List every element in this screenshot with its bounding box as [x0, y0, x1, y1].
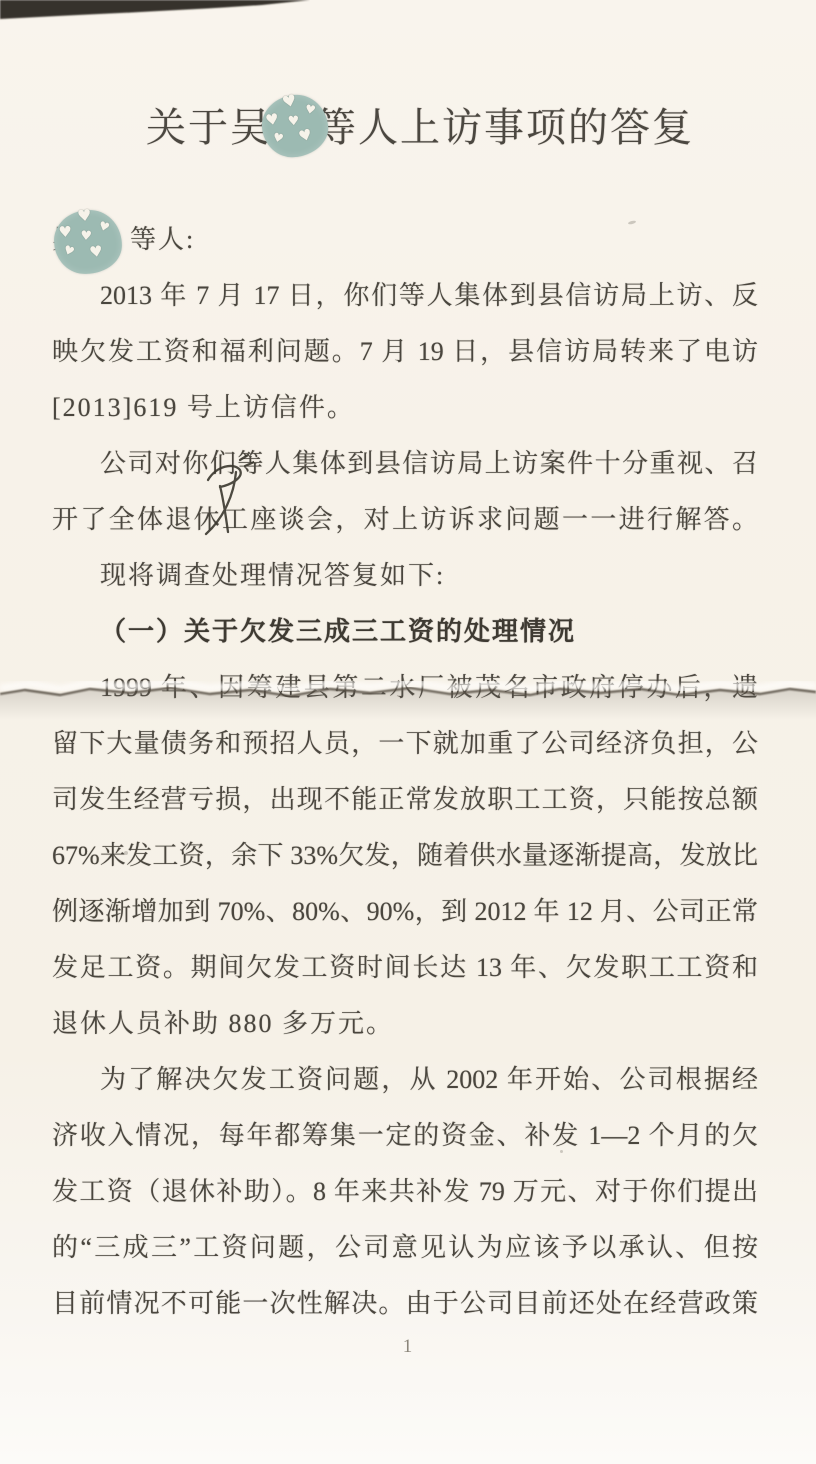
body-line: 退休人员补助 880 多万元。	[52, 996, 758, 1052]
title-suffix: 等人上访事项的答复	[316, 105, 694, 150]
body-line: 的“三成三”工资问题，公司意见认为应该予以承认、但按	[52, 1220, 758, 1276]
body-line: 留下大量债务和预招人员，一下就加重了公司经济负担，公	[52, 716, 758, 772]
title-prefix: 关于吴	[146, 105, 272, 150]
heart-icon: ♥	[97, 219, 113, 234]
scan-speckle	[124, 851, 128, 855]
body-line: 2013 年 7 月 17 日，你们等人集体到县信访局上访、反	[52, 268, 758, 324]
heart-icon: ♥	[287, 115, 302, 129]
paper-tear-crease	[0, 678, 816, 720]
redacted-name-gap: ♥♥♥♥♥♥	[80, 226, 130, 252]
heart-icon: ♥	[264, 111, 282, 128]
heart-pattern-sticker: ♥♥♥♥♥♥	[52, 208, 123, 275]
scanned-document-page: 关于吴♥♥♥♥♥♥等人上访事项的答复 吴♥♥♥♥♥♥等人: 2013 年 7 月…	[0, 0, 816, 1464]
handwritten-insertion-mark	[190, 452, 254, 540]
heart-icon: ♥	[304, 103, 319, 117]
heart-icon: ♥	[58, 224, 74, 240]
document-title: 关于吴♥♥♥♥♥♥等人上访事项的答复	[0, 104, 816, 152]
body-line: 映欠发工资和福利问题。7 月 19 日，县信访局转来了电访	[52, 324, 758, 380]
scan-edge-artifact	[0, 0, 310, 24]
body-line: 司发生经营亏损，出现不能正常发放职工工资，只能按总额	[52, 772, 758, 828]
salutation-line: 吴♥♥♥♥♥♥等人:	[52, 212, 758, 268]
salutation-suffix: 等人:	[130, 225, 195, 254]
body-line: 目前情况不可能一次性解决。由于公司目前还处在经营政策	[52, 1276, 758, 1332]
body-line: 现将调查处理情况答复如下:	[52, 548, 758, 604]
heart-icon: ♥	[281, 92, 301, 111]
section-heading: （一）关于欠发三成三工资的处理情况	[52, 604, 758, 660]
body-line: 为了解决欠发工资问题，从 2002 年开始、公司根据经	[52, 1052, 758, 1108]
heart-icon: ♥	[80, 229, 94, 243]
body-line: 开了全体退休工座谈会，对上访诉求问题一一进行解答。	[52, 492, 758, 548]
body-line: 发工资（退休补助）。8 年来共补发 79 万元、对于你们提出	[52, 1164, 758, 1220]
heart-icon: ♥	[76, 207, 94, 225]
heart-icon: ♥	[62, 243, 78, 259]
body-line: 济收入情况，每年都筹集一定的资金、补发 1—2 个月的欠	[52, 1108, 758, 1164]
body-line: 公司对你们等人集体到县信访局上访案件十分重视、召	[52, 436, 758, 492]
heart-icon: ♥	[297, 126, 316, 145]
body-line: 发足工资。期间欠发工资时间长达 13 年、欠发职工工资和	[52, 940, 758, 996]
body-line: [2013]619 号上访信件。	[52, 380, 758, 436]
document-body: 吴♥♥♥♥♥♥等人: 2013 年 7 月 17 日，你们等人集体到县信访局上访…	[52, 212, 758, 1332]
body-line: 例逐渐增加到 70%、80%、90%，到 2012 年 12 月、公司正常	[52, 884, 758, 940]
redacted-name-gap: ♥♥♥♥♥♥	[272, 107, 316, 147]
body-line: 67%来发工资，余下 33%欠发，随着供水量逐渐提高，发放比	[52, 828, 758, 884]
scan-speckle	[560, 1150, 563, 1153]
page-number: 1	[0, 1336, 816, 1358]
heart-icon: ♥	[272, 131, 287, 146]
heart-icon: ♥	[88, 243, 106, 260]
